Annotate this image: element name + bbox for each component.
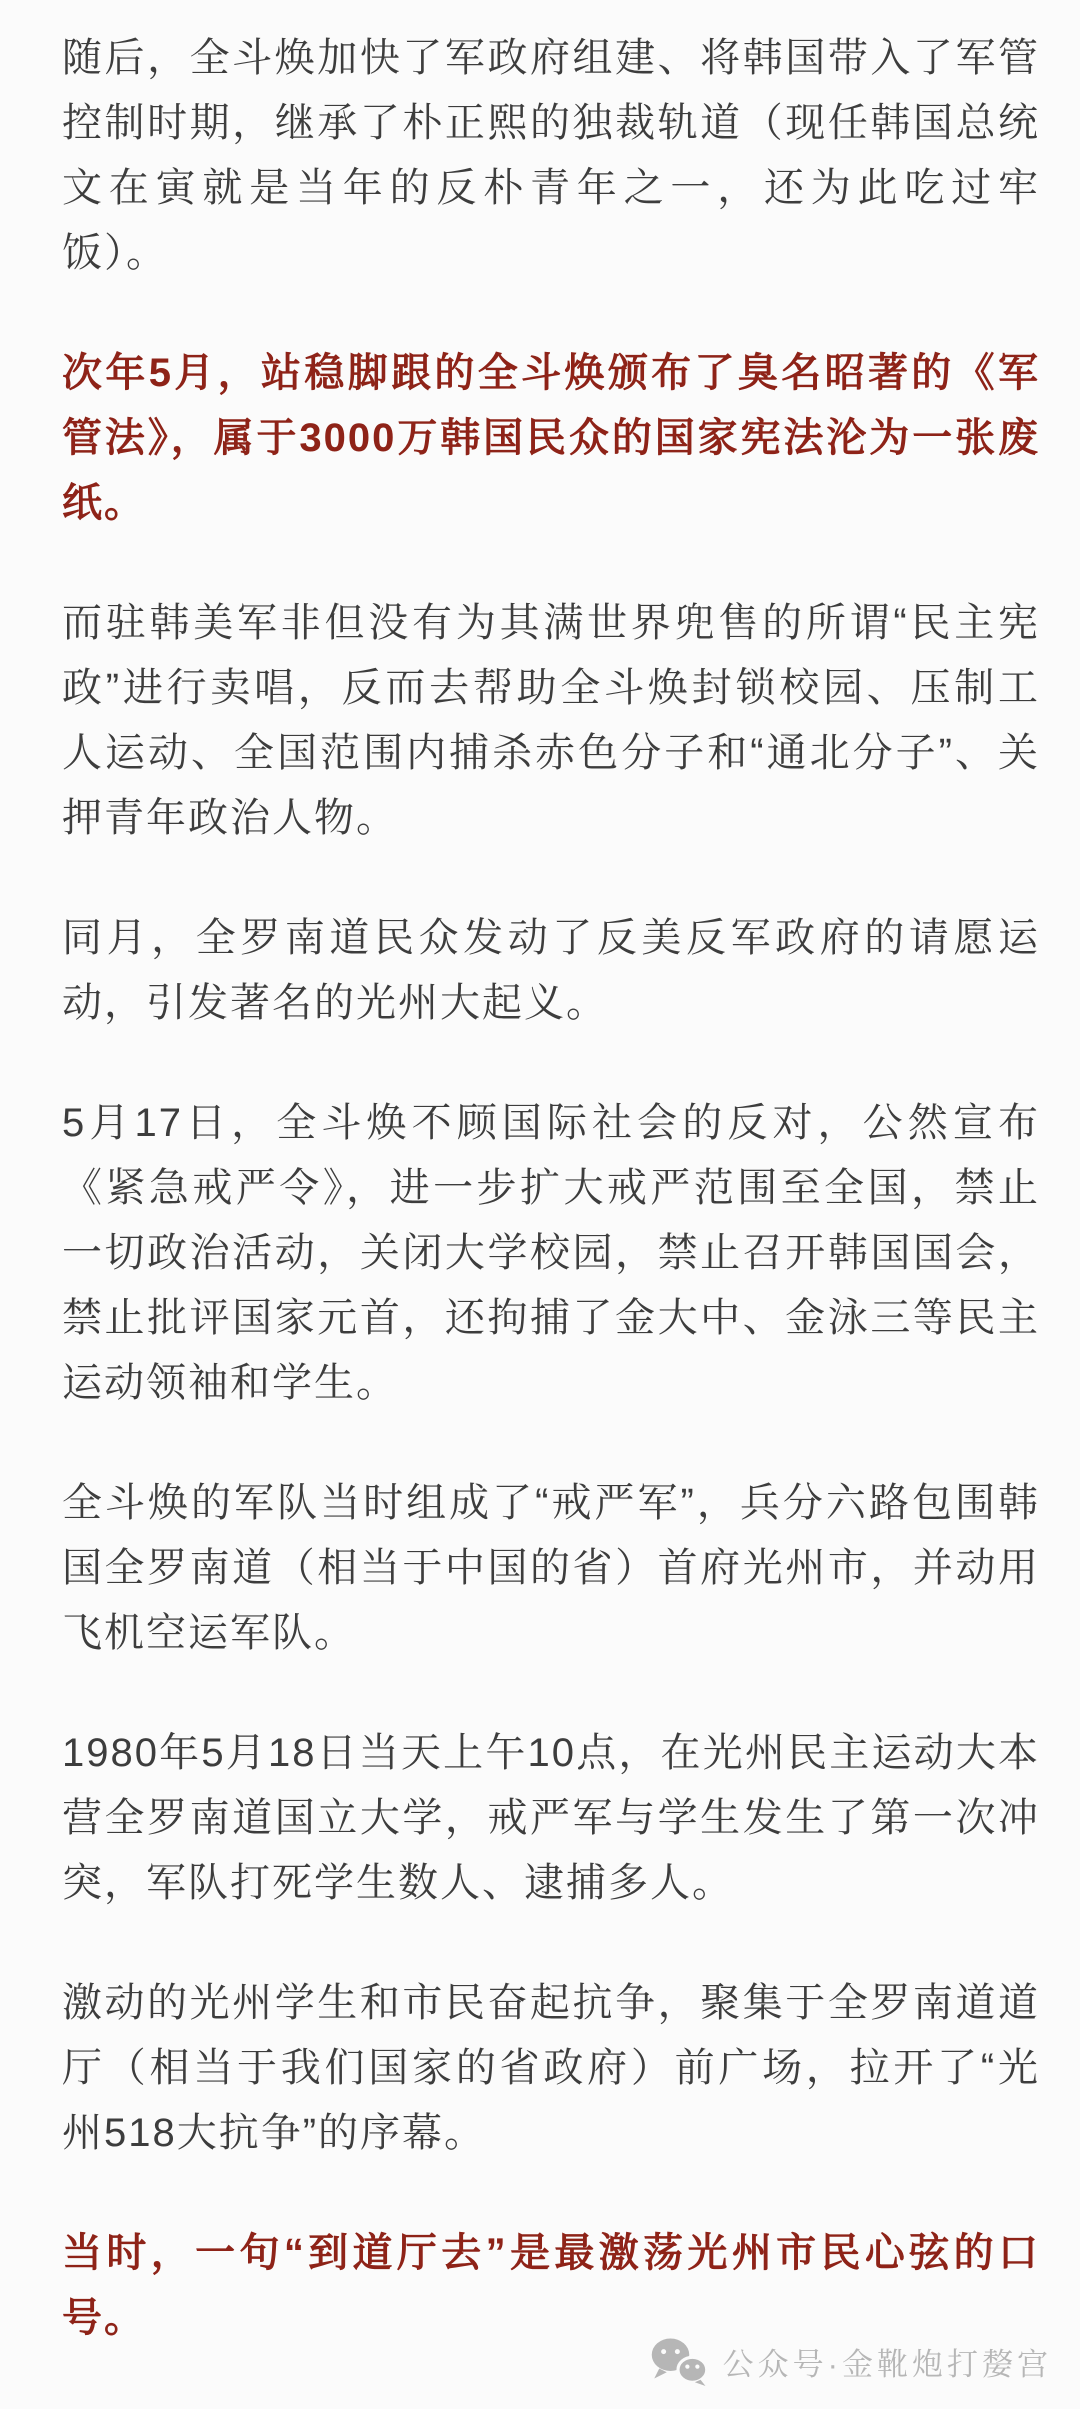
- article-paragraph: 而驻韩美军非但没有为其满世界兜售的所谓“民主宪政”进行卖唱，反而去帮助全斗焕封锁…: [62, 591, 1040, 851]
- article-paragraph: 1980年5月18日当天上午10点，在光州民主运动大本营全罗南道国立大学，戒严军…: [62, 1721, 1040, 1916]
- article-paragraph-highlight: 次年5月，站稳脚跟的全斗焕颁布了臭名昭著的《军管法》，属于3000万韩国民众的国…: [62, 341, 1040, 536]
- watermark-text: 公众号·金靴炮打嫠宫: [723, 2339, 1052, 2384]
- article-paragraph: 同月，全罗南道民众发动了反美反军政府的请愿运动，引发著名的光州大起义。: [62, 906, 1040, 1036]
- article-paragraph: 随后，全斗焕加快了军政府组建、将韩国带入了军管控制时期，继承了朴正熙的独裁轨道（…: [62, 26, 1040, 286]
- article-paragraph-highlight: 当时，一句“到道厅去”是最激荡光州市民心弦的口号。: [62, 2221, 1040, 2351]
- article-paragraph: 全斗焕的军队当时组成了“戒严军”，兵分六路包围韩国全罗南道（相当于中国的省）首府…: [62, 1471, 1040, 1666]
- wechat-icon: [649, 2336, 707, 2386]
- article-body: 随后，全斗焕加快了军政府组建、将韩国带入了军管控制时期，继承了朴正熙的独裁轨道（…: [0, 0, 1080, 2351]
- article-paragraph: 5月17日，全斗焕不顾国际社会的反对，公然宣布《紧急戒严令》，进一步扩大戒严范围…: [62, 1091, 1040, 1416]
- wechat-watermark: 公众号·金靴炮打嫠宫: [649, 2336, 1052, 2386]
- article-page: { "page": { "colors": { "background": "#…: [0, 0, 1080, 2409]
- article-paragraph: 激动的光州学生和市民奋起抗争，聚集于全罗南道道厅（相当于我们国家的省政府）前广场…: [62, 1971, 1040, 2166]
